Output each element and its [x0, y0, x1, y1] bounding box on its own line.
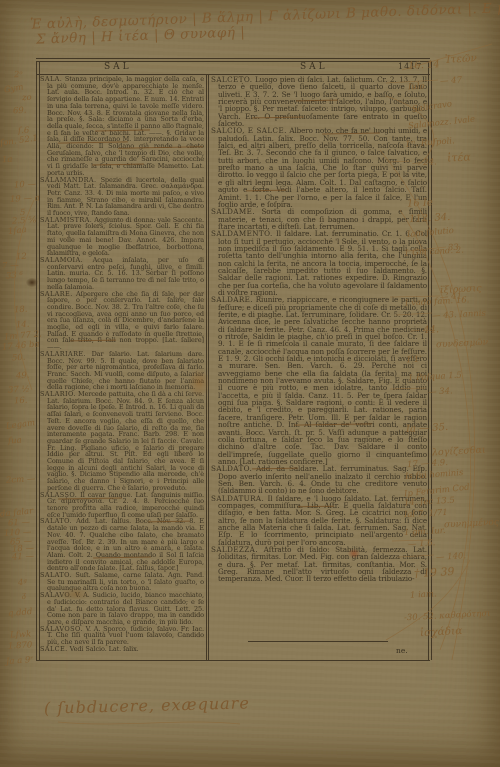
margin-note: 17 46 ba [2, 339, 40, 352]
margin-note: zo [22, 93, 32, 103]
margin-note: fua [8, 436, 22, 447]
margin-note: 1ᵐ. Ruſpoli. [405, 136, 455, 149]
entry-body: Luogo pien di ſalci. Lat. ſalictum. Cr. … [218, 76, 427, 128]
dictionary-entry: Saldamento. Il ſaldare. Lat. ferruminati… [211, 230, 427, 296]
margin-note: — 1.6. [408, 538, 436, 549]
margin-note: 2cm — [6, 474, 36, 486]
margin-note: λογίζεσθαι [432, 445, 486, 459]
book-page: Ἑ αὐλὴ, δεσμωτήριον | Β ἅλμη | Γ ἁλίζωνι… [0, 0, 500, 767]
margin-note: Ia — 35. [406, 422, 449, 435]
margin-note: 33 [448, 243, 459, 254]
margin-note: Ja a 9ʳ [6, 655, 34, 667]
entry-body: Aggiunto di donna: vale Saccente. Lat. p… [47, 216, 204, 258]
catchword: ne. [396, 646, 408, 655]
margin-note: ſon. 52.1 [0, 133, 39, 148]
dictionary-entry: Salce. Vedi Salcio. Lat. ſalix. [40, 646, 204, 653]
margin-note: q.ddd [8, 607, 33, 619]
margin-note: 19 — a [10, 193, 40, 205]
margin-note: 1 gm. Iur. [404, 526, 446, 538]
margin-note: 16 Ie [407, 197, 433, 209]
margin-note: 1 iam. [410, 589, 437, 600]
dictionary-entry: Salare. Aſpergere che che ſia di ſale, p… [40, 291, 204, 351]
margin-note: 33 ⁶ [6, 271, 23, 282]
entry-body: Spezie di lucertola, della qual vedi Mat… [47, 176, 204, 218]
margin-note: — 43. Iannis [432, 309, 486, 322]
entry-body: Mercede pattuita, che ſi dà a chi ſerve.… [47, 390, 204, 492]
margin-note: 1 Paſqua 1.5 [408, 371, 462, 384]
margin-note: 14. [16, 320, 30, 331]
column-divider-rule-outer [206, 74, 207, 660]
dictionary-entry: Saldatura. Il ſaldare, e 'l luogo ſaldat… [211, 495, 427, 546]
margin-note: — 34. [428, 386, 453, 397]
dictionary-entry: Salavoso. V. A. Sporco, ſudicio, ſalavo.… [40, 626, 204, 646]
margin-note: 1ſaa [8, 225, 28, 237]
entry-body: Il ſaldare, e 'l luogo ſaldato. Lat. fer… [218, 494, 427, 547]
dictionary-entry: Salcio, e Salce. Albero noto, che fa ne'… [211, 127, 427, 208]
dictionary-entry: Salamistra. Aggiunto di donna: vale Sacc… [40, 217, 204, 257]
entry-body: Albero noto, che fa ne' luoghi umidi, e … [218, 126, 427, 208]
column-divider-rule-inner [208, 74, 209, 660]
margin-note: 17 — 4.9. [407, 458, 448, 470]
margin-note: Iulo [408, 82, 425, 93]
margin-note: 14. ſec 13.5 [404, 496, 455, 509]
margin-note: — 140. [436, 551, 467, 563]
margin-note: † 19 39 [414, 565, 455, 580]
margin-note: Legam [5, 418, 35, 432]
margin-note: 1.870 [8, 640, 33, 651]
margin-note: συνημμένος [444, 518, 499, 531]
margin-note: 50. [12, 353, 26, 364]
ink-blot [26, 278, 38, 287]
ink-stain [188, 368, 210, 398]
dictionary-entry: Saldezza. Aſtratto di ſaldo: Stabilità, … [211, 546, 427, 583]
dictionary-entry: Saldame. Sorta di compoſizion di gomma, … [211, 208, 427, 230]
running-head-left: SAL [104, 62, 132, 72]
entry-body: Dar ſalario. Lat. ſalarium dare. Bocc. N… [47, 350, 204, 392]
dictionary-entry: Salceto. Luogo pien di ſalci. Lat. ſalic… [211, 76, 427, 127]
margin-note: 112. 34. [409, 212, 451, 225]
dictionary-entry: Salamandra. Spezie di lucertola, della q… [40, 177, 204, 217]
entry-body: Aſpergere che che ſia di ſale, per dar ſ… [47, 290, 204, 352]
margin-note: 18. [14, 305, 28, 316]
running-head-right: SAL [300, 62, 328, 72]
margin-note: 49. [16, 371, 30, 382]
dictionary-entry: Salato. Add. Lat. ſalſus. Bocc. Nov. 32.… [40, 518, 204, 572]
pen-underline-flourish [58, 722, 240, 724]
margin-note: 7 — [2, 261, 19, 272]
margin-note: ᵹ [22, 589, 27, 600]
frame-top-rule-outer [36, 58, 430, 59]
margin-note: 2ᵒ [14, 70, 23, 80]
margin-note: 4ᵍ [18, 578, 27, 588]
ink-stain [60, 588, 90, 600]
margin-note: συνδεσμῶν [436, 338, 489, 351]
entry-body: Stanza principale, la maggior della caſa… [47, 76, 204, 177]
margin-note: — 44. [410, 324, 440, 337]
dictionary-entry: Salario. Mercede pattuita, che ſi dà a c… [40, 391, 204, 492]
entry-body: Vedi Salcio. Lat. ſalix. [70, 645, 139, 653]
margin-note: ἰτέα [447, 150, 471, 164]
frame-left-rule-outer [36, 61, 37, 660]
margin-note: 1'1' [406, 355, 422, 366]
text-column-right: Salceto. Luogo pien di ſalci. Lat. ſalic… [211, 76, 427, 658]
margin-note: — 24. [412, 157, 437, 168]
entry-body: Riunire, riappiccare, e ricongiugnere le… [218, 295, 427, 466]
dictionary-entry: Salasso. Il cavar ſangue. Lat. ſanguinis… [40, 492, 204, 519]
margin-note: 41 — [12, 551, 35, 562]
margin-note: 37 ½ [8, 384, 30, 395]
frame-top-rule-inner [36, 61, 430, 62]
dictionary-entry: Saldato. Add. da Saldare. Lat. ferrumina… [211, 465, 427, 494]
dictionary-entry: Sala. Stanza principale, la maggior dell… [40, 76, 204, 177]
margin-note: 16. 14 [408, 59, 440, 72]
margin-note: Ἰτεῶν [445, 52, 477, 66]
margin-note: Lfwk [10, 629, 32, 640]
entry-body: Add. Lat. ſalſus. Bocc. Nov. 32. 8. E da… [47, 517, 204, 572]
ink-blot [348, 549, 360, 558]
dictionary-entry: Salamoia. Acqua inſalata, per uſo di con… [40, 257, 204, 291]
handwritten-latin-note: ( ſubducere, exæquare [44, 693, 250, 717]
margin-note: ἰσχάδια [420, 625, 463, 639]
entry-headword: Salce. [40, 645, 68, 653]
margin-note: — 41. [440, 291, 465, 302]
margin-note: — 47 [440, 75, 463, 86]
entry-body: Il ſaldare. Lat. ferruminatio. Cr. 1. 6.… [218, 229, 427, 297]
frame-bottom-rule [36, 660, 430, 661]
margin-note: Ial 7. 1/71 [404, 508, 448, 520]
margin-note: 10 — [14, 179, 37, 190]
dictionary-entry: Saldare. Riunire, riappiccare, e ricongi… [211, 296, 427, 465]
margin-note: 69. [13, 106, 27, 117]
handwritten-greek-note-line1: Ἑ αὐλὴ, δεσμωτήριον | Β ἅλμη | Γ ἁλίζωνι… [30, 0, 500, 33]
margin-note: 1a [2, 155, 13, 166]
header-separator-rule [36, 74, 430, 75]
margin-note: 16. [14, 396, 28, 407]
dictionary-entry: Salariare. Dar ſalario. Lat. ſalarium da… [40, 351, 204, 391]
